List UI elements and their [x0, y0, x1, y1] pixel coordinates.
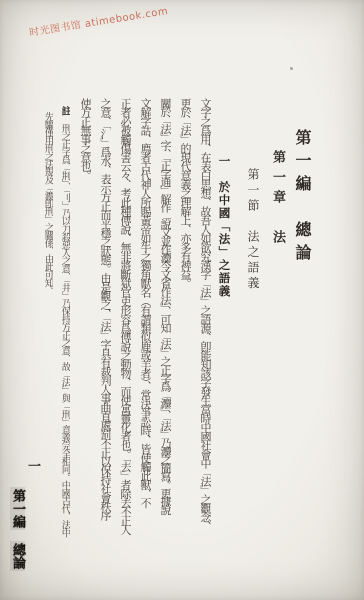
library-watermark: 时光图书馆 atimebook.com — [28, 2, 169, 39]
chapter-heading: 第一章 法 — [271, 150, 284, 250]
footnote-label: 註 — [60, 106, 70, 118]
body-column-5: 正者必被觸傷害云々、考此種傳說、無非將斷獄官吏形容爲傳說之動物、而使寓靈化者也。… — [120, 98, 131, 563]
running-title-sub: 總論 — [10, 541, 25, 571]
body-column-4: 文解字詁、廌者古代神人所賜黃帝如牛之獨角獸名（有謂類似鹿或羊者）、常決爭訟時、皆… — [140, 98, 151, 563]
scan-speck — [290, 67, 293, 70]
part-heading: 第一編 總論 — [294, 129, 310, 267]
footnote-column-1: 註刑之正字爲「㓝」、「刂」乃以刀殺惡人之意、「井」乃保持方正之意、故「法」與「刑… — [60, 106, 70, 564]
body-column-3: 關於「法」字、「正字通」解作「說文並作灋今文省作法」、可知「法」之正字爲「灋」、… — [160, 98, 171, 563]
body-column-7: 使方正無事之意也。 — [80, 98, 91, 563]
footnote-text-1: 刑之正字爲「㓝」、「刂」乃以刀殺惡人之意、「井」乃保持方正之意、故「法」與「刑」… — [60, 124, 70, 536]
page-number: 一 — [26, 459, 39, 472]
body-column-1: 文字之爲用、在表白思想、故吾人如欲究漢字「法」之語源、卽能知該字發生當時中國社會… — [200, 98, 211, 563]
footnote-column-2: 先驅僅用刑之法規及「灋卽刑」之關係、由此可知。 — [43, 112, 53, 352]
body-column-2: 更於「法」的現代意義之理解上、亦多有裨益。 — [180, 98, 191, 563]
section-heading: 第一節 法之語義 — [247, 168, 259, 292]
scanned-book-page: 时光图书馆 atimebook.com 第一編 總論 第一章 法 第一節 法之語… — [0, 0, 364, 600]
running-title-part: 第一編 — [10, 487, 25, 530]
body-column-6: 之意、「氵」爲水、表示方正而平穩之狀態。由是觀之、「法」字具有裁判人事曲直處罰不… — [100, 98, 111, 563]
subsection-heading: 一 於中國「法」之語義 — [218, 155, 230, 298]
